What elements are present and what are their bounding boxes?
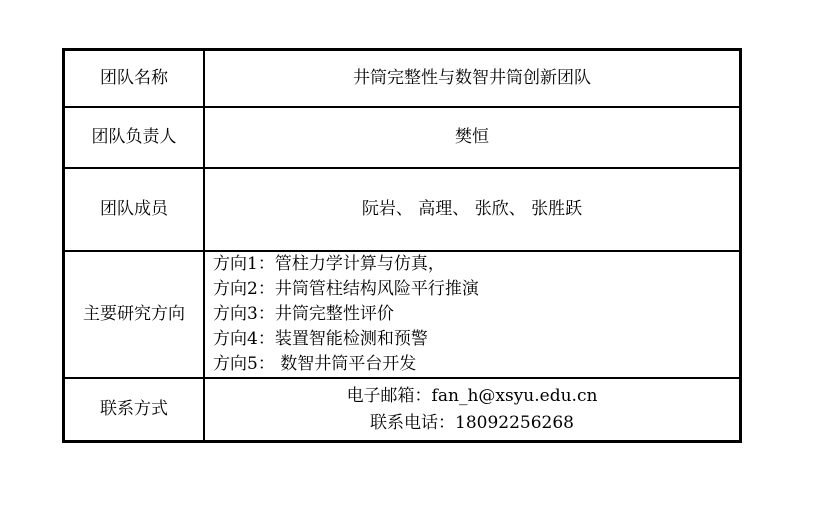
contact-phone: 联系电话：18092256268: [370, 410, 574, 437]
row-value-team-members: 阮岩、 高理、 张欣、 张胜跃: [205, 169, 739, 252]
research-direction-3: 方向3：井筒完整性评价: [213, 302, 394, 327]
row-value-research-directions: 方向1：管柱力学计算与仿真， 方向2：井筒管柱结构风险平行推演 方向3：井筒完整…: [205, 252, 739, 379]
page: 团队名称 井筒完整性与数智井筒创新团队 团队负责人 樊恒 团队成员 阮岩、 高理…: [0, 0, 818, 517]
research-direction-4: 方向4：装置智能检测和预警: [213, 327, 428, 352]
row-value-contact: 电子邮箱：fan_h@xsyu.edu.cn 联系电话：18092256268: [205, 379, 739, 440]
research-direction-5: 方向5： 数智井筒平台开发: [213, 352, 416, 377]
row-label-research-directions: 主要研究方向: [65, 252, 205, 379]
team-info-table: 团队名称 井筒完整性与数智井筒创新团队 团队负责人 樊恒 团队成员 阮岩、 高理…: [62, 48, 742, 443]
row-label-team-leader: 团队负责人: [65, 108, 205, 169]
row-value-team-name: 井筒完整性与数智井筒创新团队: [205, 51, 739, 108]
row-label-team-name: 团队名称: [65, 51, 205, 108]
row-label-contact: 联系方式: [65, 379, 205, 440]
row-value-team-leader: 樊恒: [205, 108, 739, 169]
row-label-team-members: 团队成员: [65, 169, 205, 252]
research-direction-2: 方向2：井筒管柱结构风险平行推演: [213, 277, 479, 302]
contact-email: 电子邮箱：fan_h@xsyu.edu.cn: [347, 383, 598, 410]
research-direction-1: 方向1：管柱力学计算与仿真，: [213, 252, 445, 277]
